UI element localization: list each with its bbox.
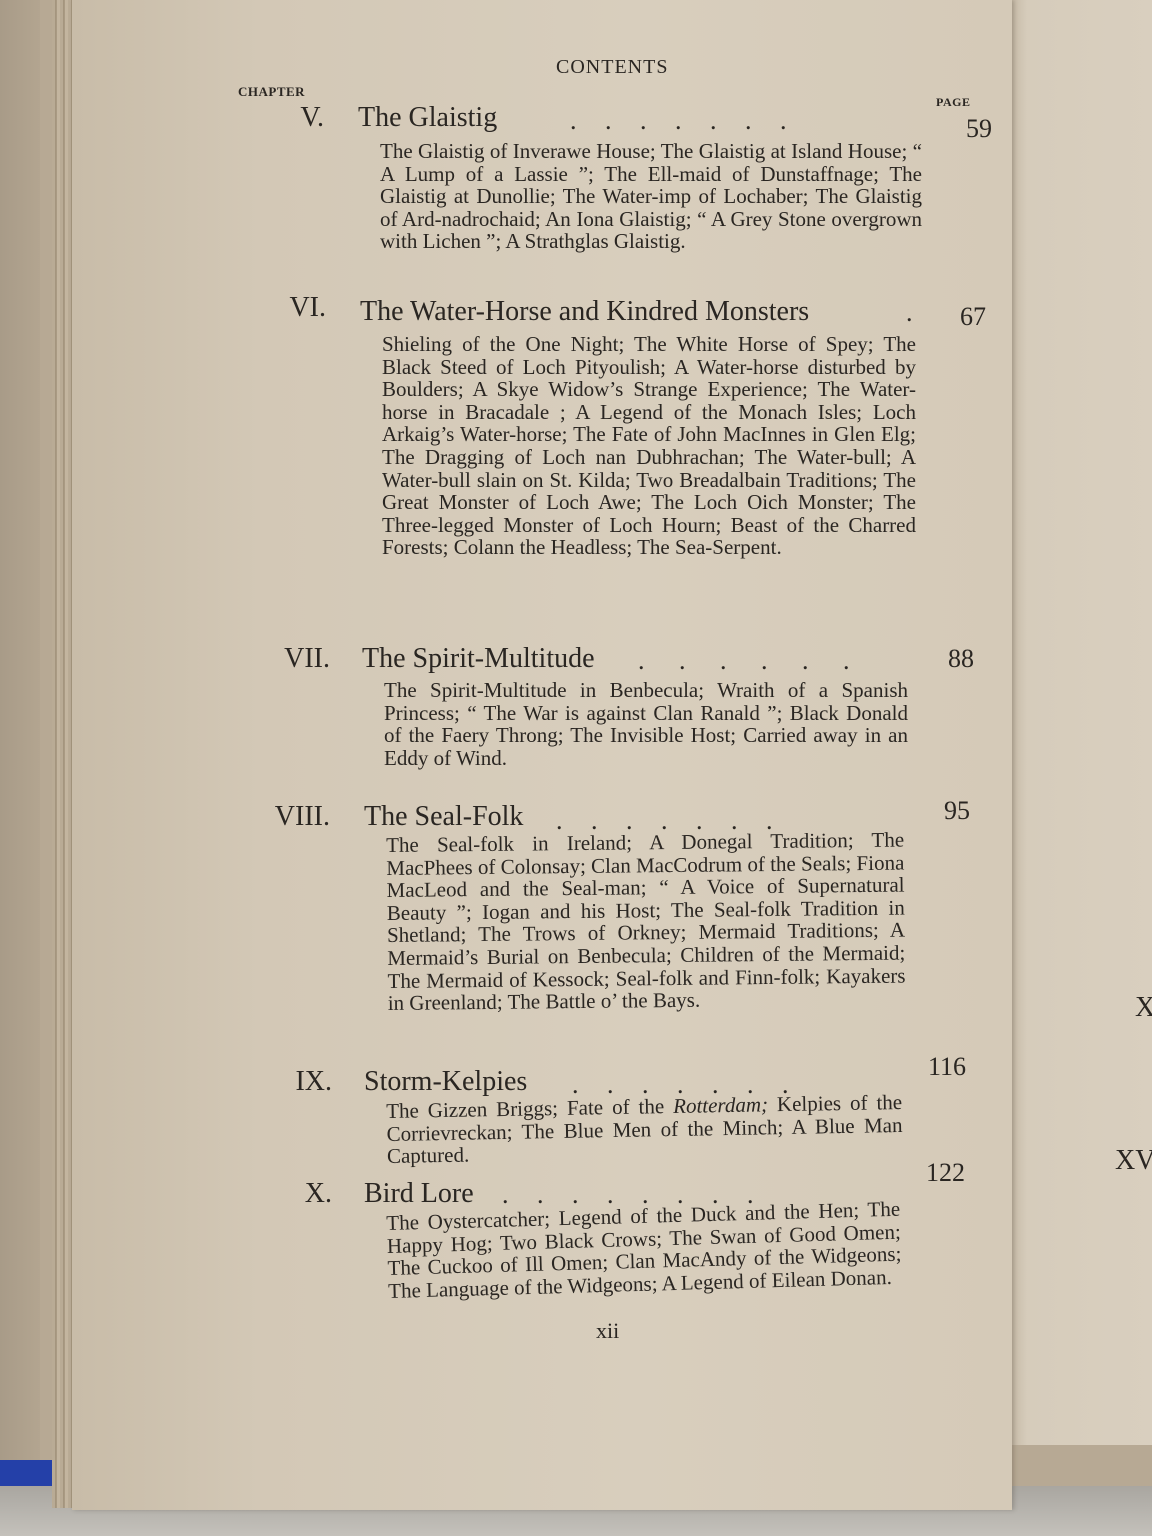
chapter-description: The Gizzen Briggs; Fate of the Rotterdam…: [386, 1091, 903, 1168]
chapter-description: The Spirit-Multitude in Benbecula; Wrait…: [384, 679, 908, 769]
ship-name-italic: Rotterdam;: [673, 1092, 768, 1118]
dot-leaders: . . . . . . .: [570, 106, 787, 136]
page-number: 67: [960, 302, 986, 332]
chapter-numeral: VIII.: [210, 801, 330, 833]
chapter-title: Storm-Kelpies: [364, 1066, 527, 1098]
chapter-description: The Seal-folk in Ireland; A Donegal Trad…: [386, 829, 906, 1015]
facing-page-numeral: X: [1135, 992, 1152, 1024]
page-number: 95: [944, 796, 970, 826]
page-number: 116: [928, 1052, 966, 1082]
page-number: 122: [926, 1158, 965, 1188]
page-number: 59: [966, 114, 992, 144]
dot-leaders: .: [906, 298, 913, 328]
chapter-description: The Glaistig of Inverawe House; The Glai…: [380, 140, 922, 253]
chapter-numeral: VII.: [210, 643, 330, 675]
chapter-numeral: VI.: [206, 292, 326, 324]
chapter-numeral: V.: [204, 102, 324, 134]
chapter-title: Bird Lore: [364, 1178, 474, 1210]
chapter-title: The Spirit-Multitude: [362, 643, 595, 675]
facing-page-numeral: XV: [1115, 1145, 1152, 1177]
chapter-title: The Seal-Folk: [364, 801, 523, 833]
blue-book-cover: [0, 1460, 52, 1486]
folio-page-number: xii: [596, 1318, 619, 1344]
chapter-column-label: CHAPTER: [238, 84, 305, 100]
page-column-label: PAGE: [936, 95, 970, 110]
page-number: 88: [948, 644, 974, 674]
chapter-title: The Water-Horse and Kindred Monsters: [360, 296, 809, 328]
left-book-edge: [0, 0, 40, 1536]
chapter-description: Shieling of the One Night; The White Hor…: [382, 333, 916, 559]
chapter-description: The Oystercatcher; Legend of the Duck an…: [386, 1198, 902, 1303]
dot-leaders: . . . . . .: [638, 646, 850, 676]
running-head: CONTENTS: [556, 56, 668, 79]
facing-page: X XV: [1005, 0, 1152, 1445]
chapter-numeral: IX.: [212, 1066, 332, 1098]
chapter-title: The Glaistig: [358, 102, 497, 134]
chapter-numeral: X.: [212, 1178, 332, 1210]
